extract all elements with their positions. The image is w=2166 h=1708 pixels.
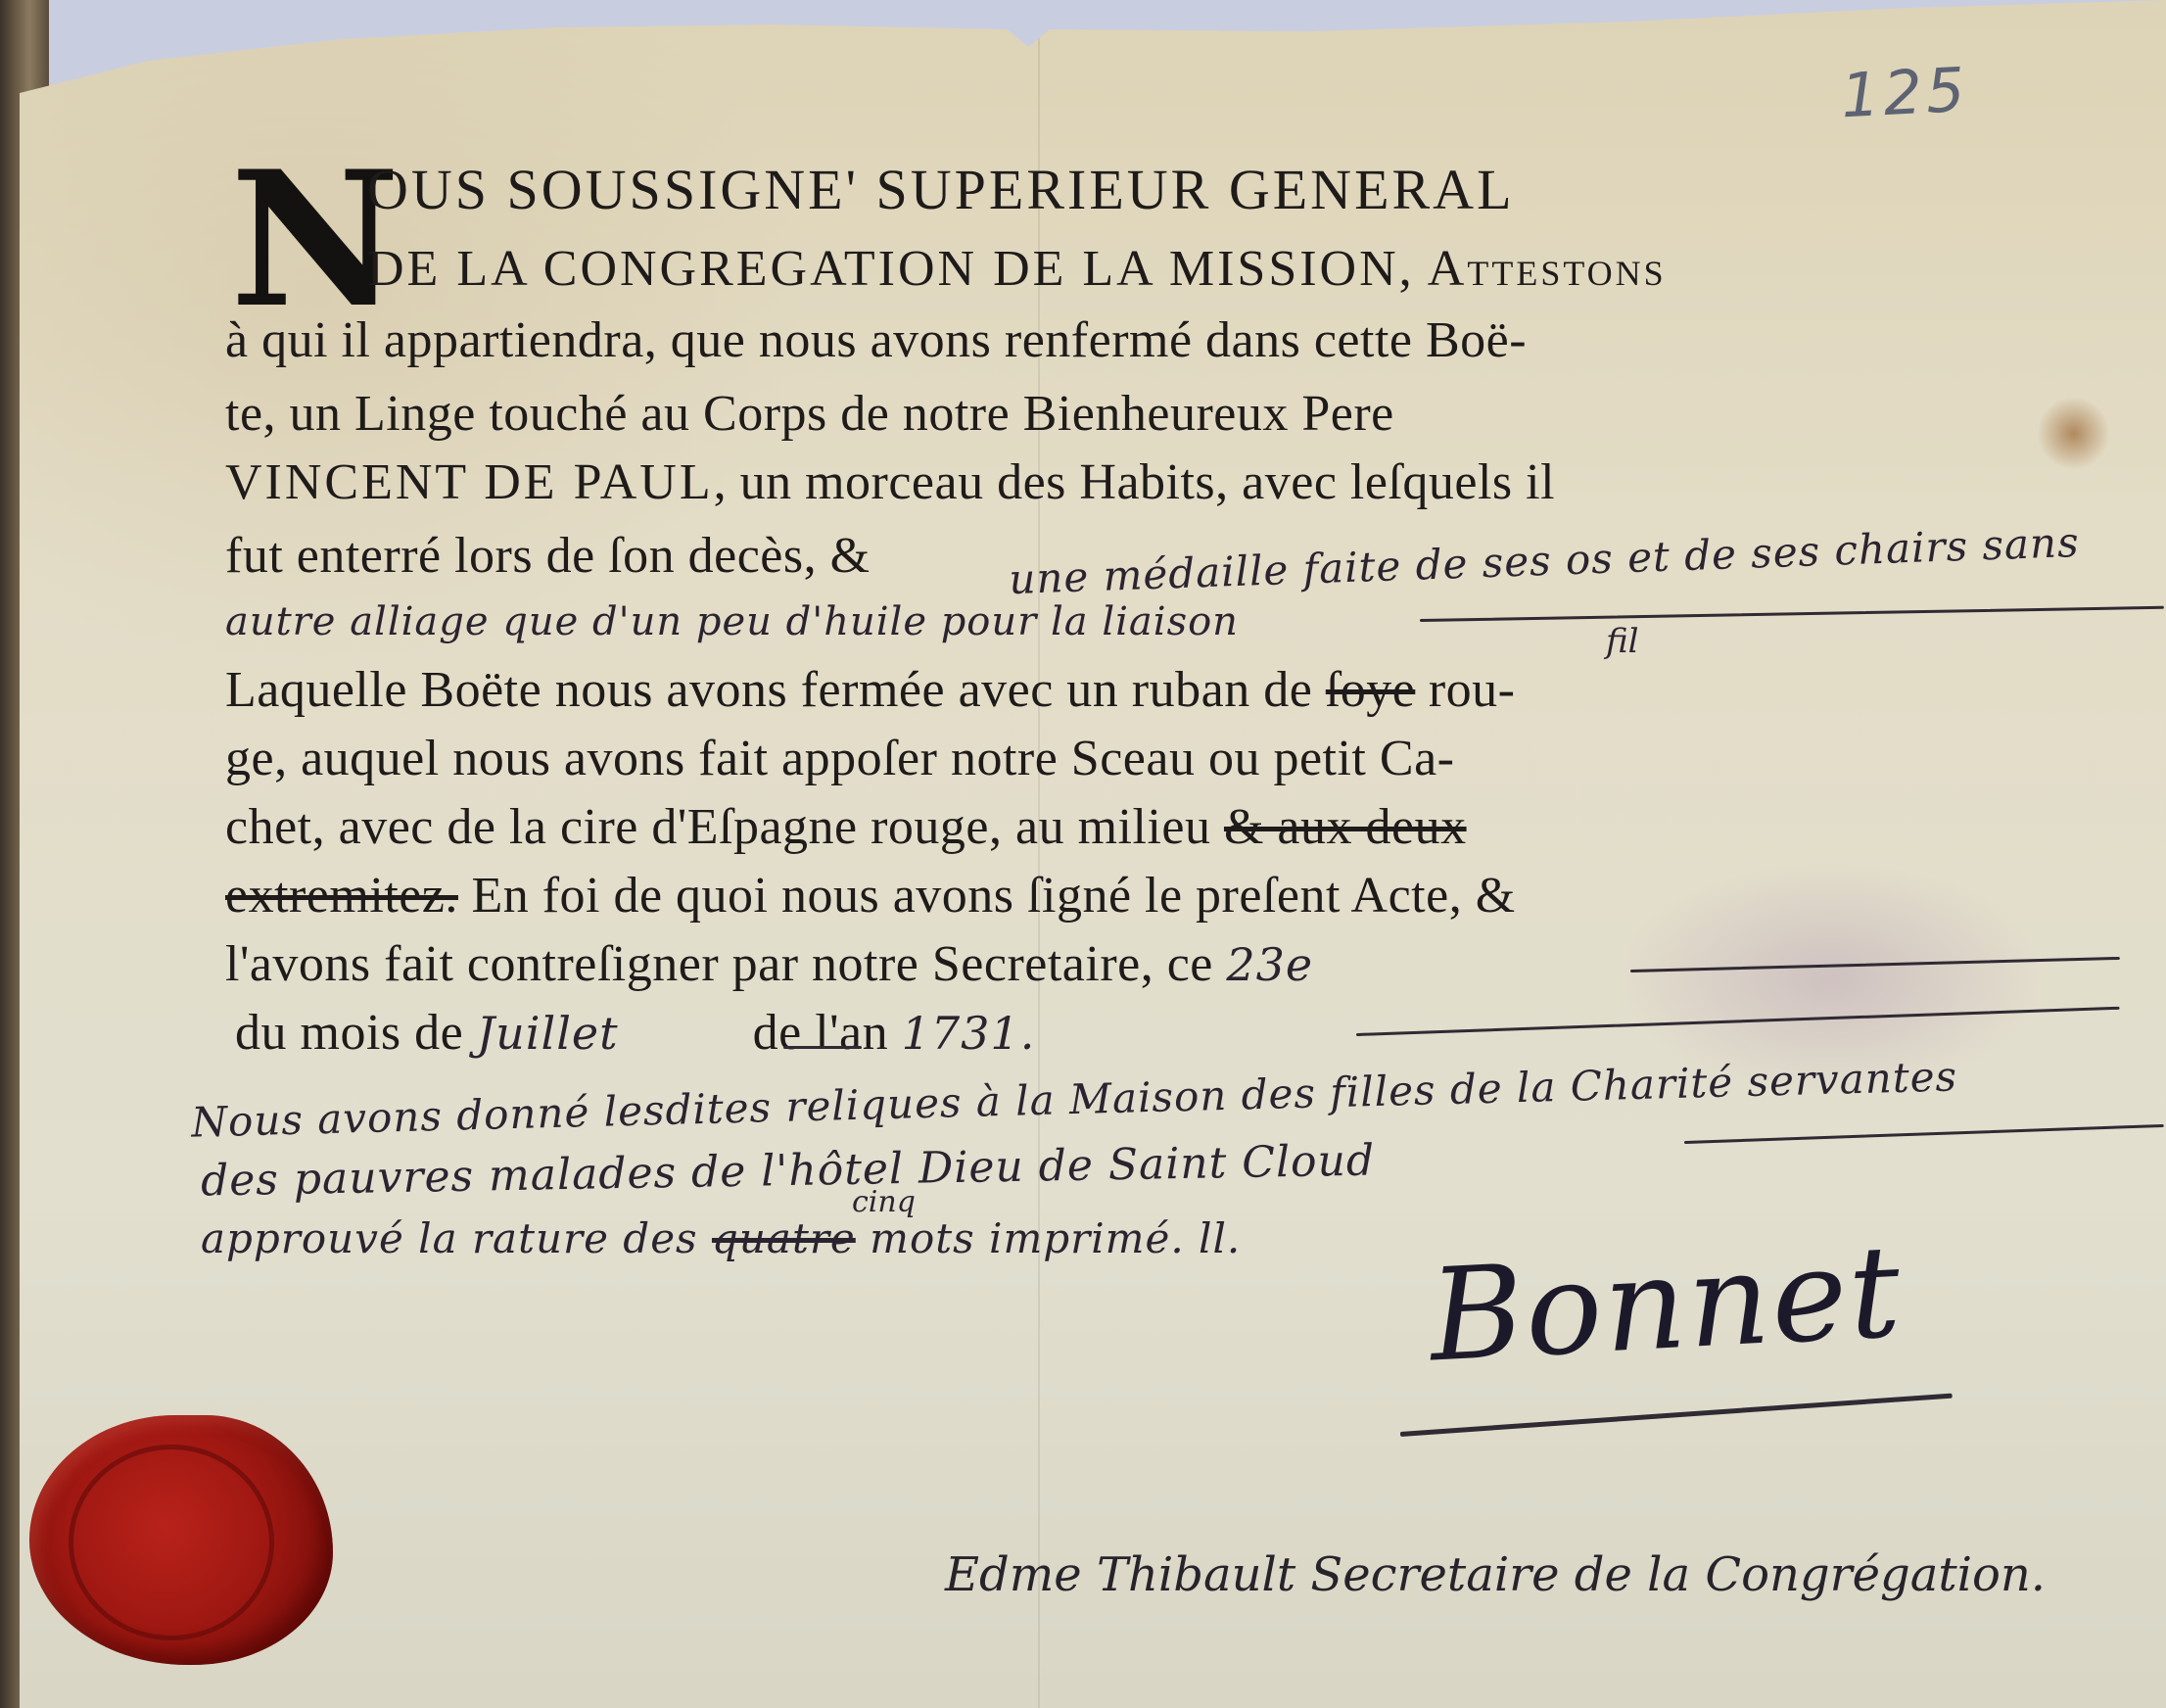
struck-extremitez: extremitez. <box>225 868 458 924</box>
printed-line-5: VINCENT DE PAUL, un morceau des Habits, … <box>225 453 1555 511</box>
printed-line-8: ge, auquel nous avons fait appoſer notre… <box>225 730 1454 787</box>
handwritten-note-3: approuvé la rature des quatre mots impri… <box>201 1214 1241 1262</box>
printed-line-12-a: du mois de <box>235 1005 463 1061</box>
struck-word-soye: ſoye <box>1326 662 1416 718</box>
handwritten-line-6b: autre alliage que d'un peu d'huile pour … <box>225 599 1239 644</box>
printed-line-11: l'avons fait contreſigner par notre Secr… <box>225 935 1313 993</box>
printed-line-9: chet, avec de la cire d'Eſpagne rouge, a… <box>225 798 1467 856</box>
insert-fil: fil <box>1606 622 1639 661</box>
printed-line-7-b: rou- <box>1429 662 1516 718</box>
printed-line-4: te, un Linge touché au Corps de notre Bi… <box>225 385 1394 443</box>
stain <box>2037 397 2110 470</box>
struck-quatre: quatre <box>712 1214 856 1262</box>
fill-rule <box>783 1046 862 1049</box>
printed-line-12: du mois de Juillet de l'an 1731. <box>235 1004 1035 1062</box>
folio-number: 125 <box>1839 54 1970 132</box>
name-vincent-de-paul: VINCENT DE PAUL <box>225 454 714 510</box>
printed-line-1: OUS SOUSSIGNE' SUPERIEUR GENERAL <box>367 157 1515 222</box>
printed-line-2: DE LA CONGREGATION DE LA MISSION, Atteſt… <box>367 240 1667 298</box>
handwritten-day: 23e <box>1226 938 1313 991</box>
printed-line-10-b: En foi de quoi nous avons ſigné le preſe… <box>471 868 1515 924</box>
handwritten-year: 1731. <box>902 1007 1036 1060</box>
secretary-countersignature: Edme Thibault Secretaire de la Congrégat… <box>945 1547 2046 1602</box>
printed-line-7-a: Laquelle Boëte nous avons fermée avec un… <box>225 662 1312 718</box>
insert-cinq: cinq <box>852 1185 916 1219</box>
note-3-a: approuvé la rature des <box>201 1214 698 1262</box>
wax-seal <box>29 1415 333 1665</box>
printed-line-10: extremitez. En foi de quoi nous avons ſi… <box>225 867 1516 925</box>
seal-impression <box>69 1445 274 1640</box>
printed-line-6: fut enterré lors de ſon decès, & <box>225 527 871 585</box>
signature-bonnet: Bonnet <box>1426 1216 1906 1390</box>
handwritten-month: Juillet <box>477 1007 619 1060</box>
printed-line-9-a: chet, avec de la cire d'Eſpagne rouge, a… <box>225 799 1210 855</box>
printed-line-7: Laquelle Boëte nous avons fermée avec un… <box>225 661 1515 719</box>
printed-line-11-a: l'avons fait contreſigner par notre Secr… <box>225 936 1213 992</box>
printed-line-5-rest: , un morceau des Habits, avec leſquels i… <box>714 454 1555 510</box>
printed-line-3: à qui il appartiendra, que nous avons re… <box>225 311 1527 369</box>
note-3-b: mots imprimé. ll. <box>870 1214 1241 1262</box>
struck-aux-deux: & aux deux <box>1224 799 1467 855</box>
printed-line-12-b: de l'an <box>753 1005 888 1061</box>
